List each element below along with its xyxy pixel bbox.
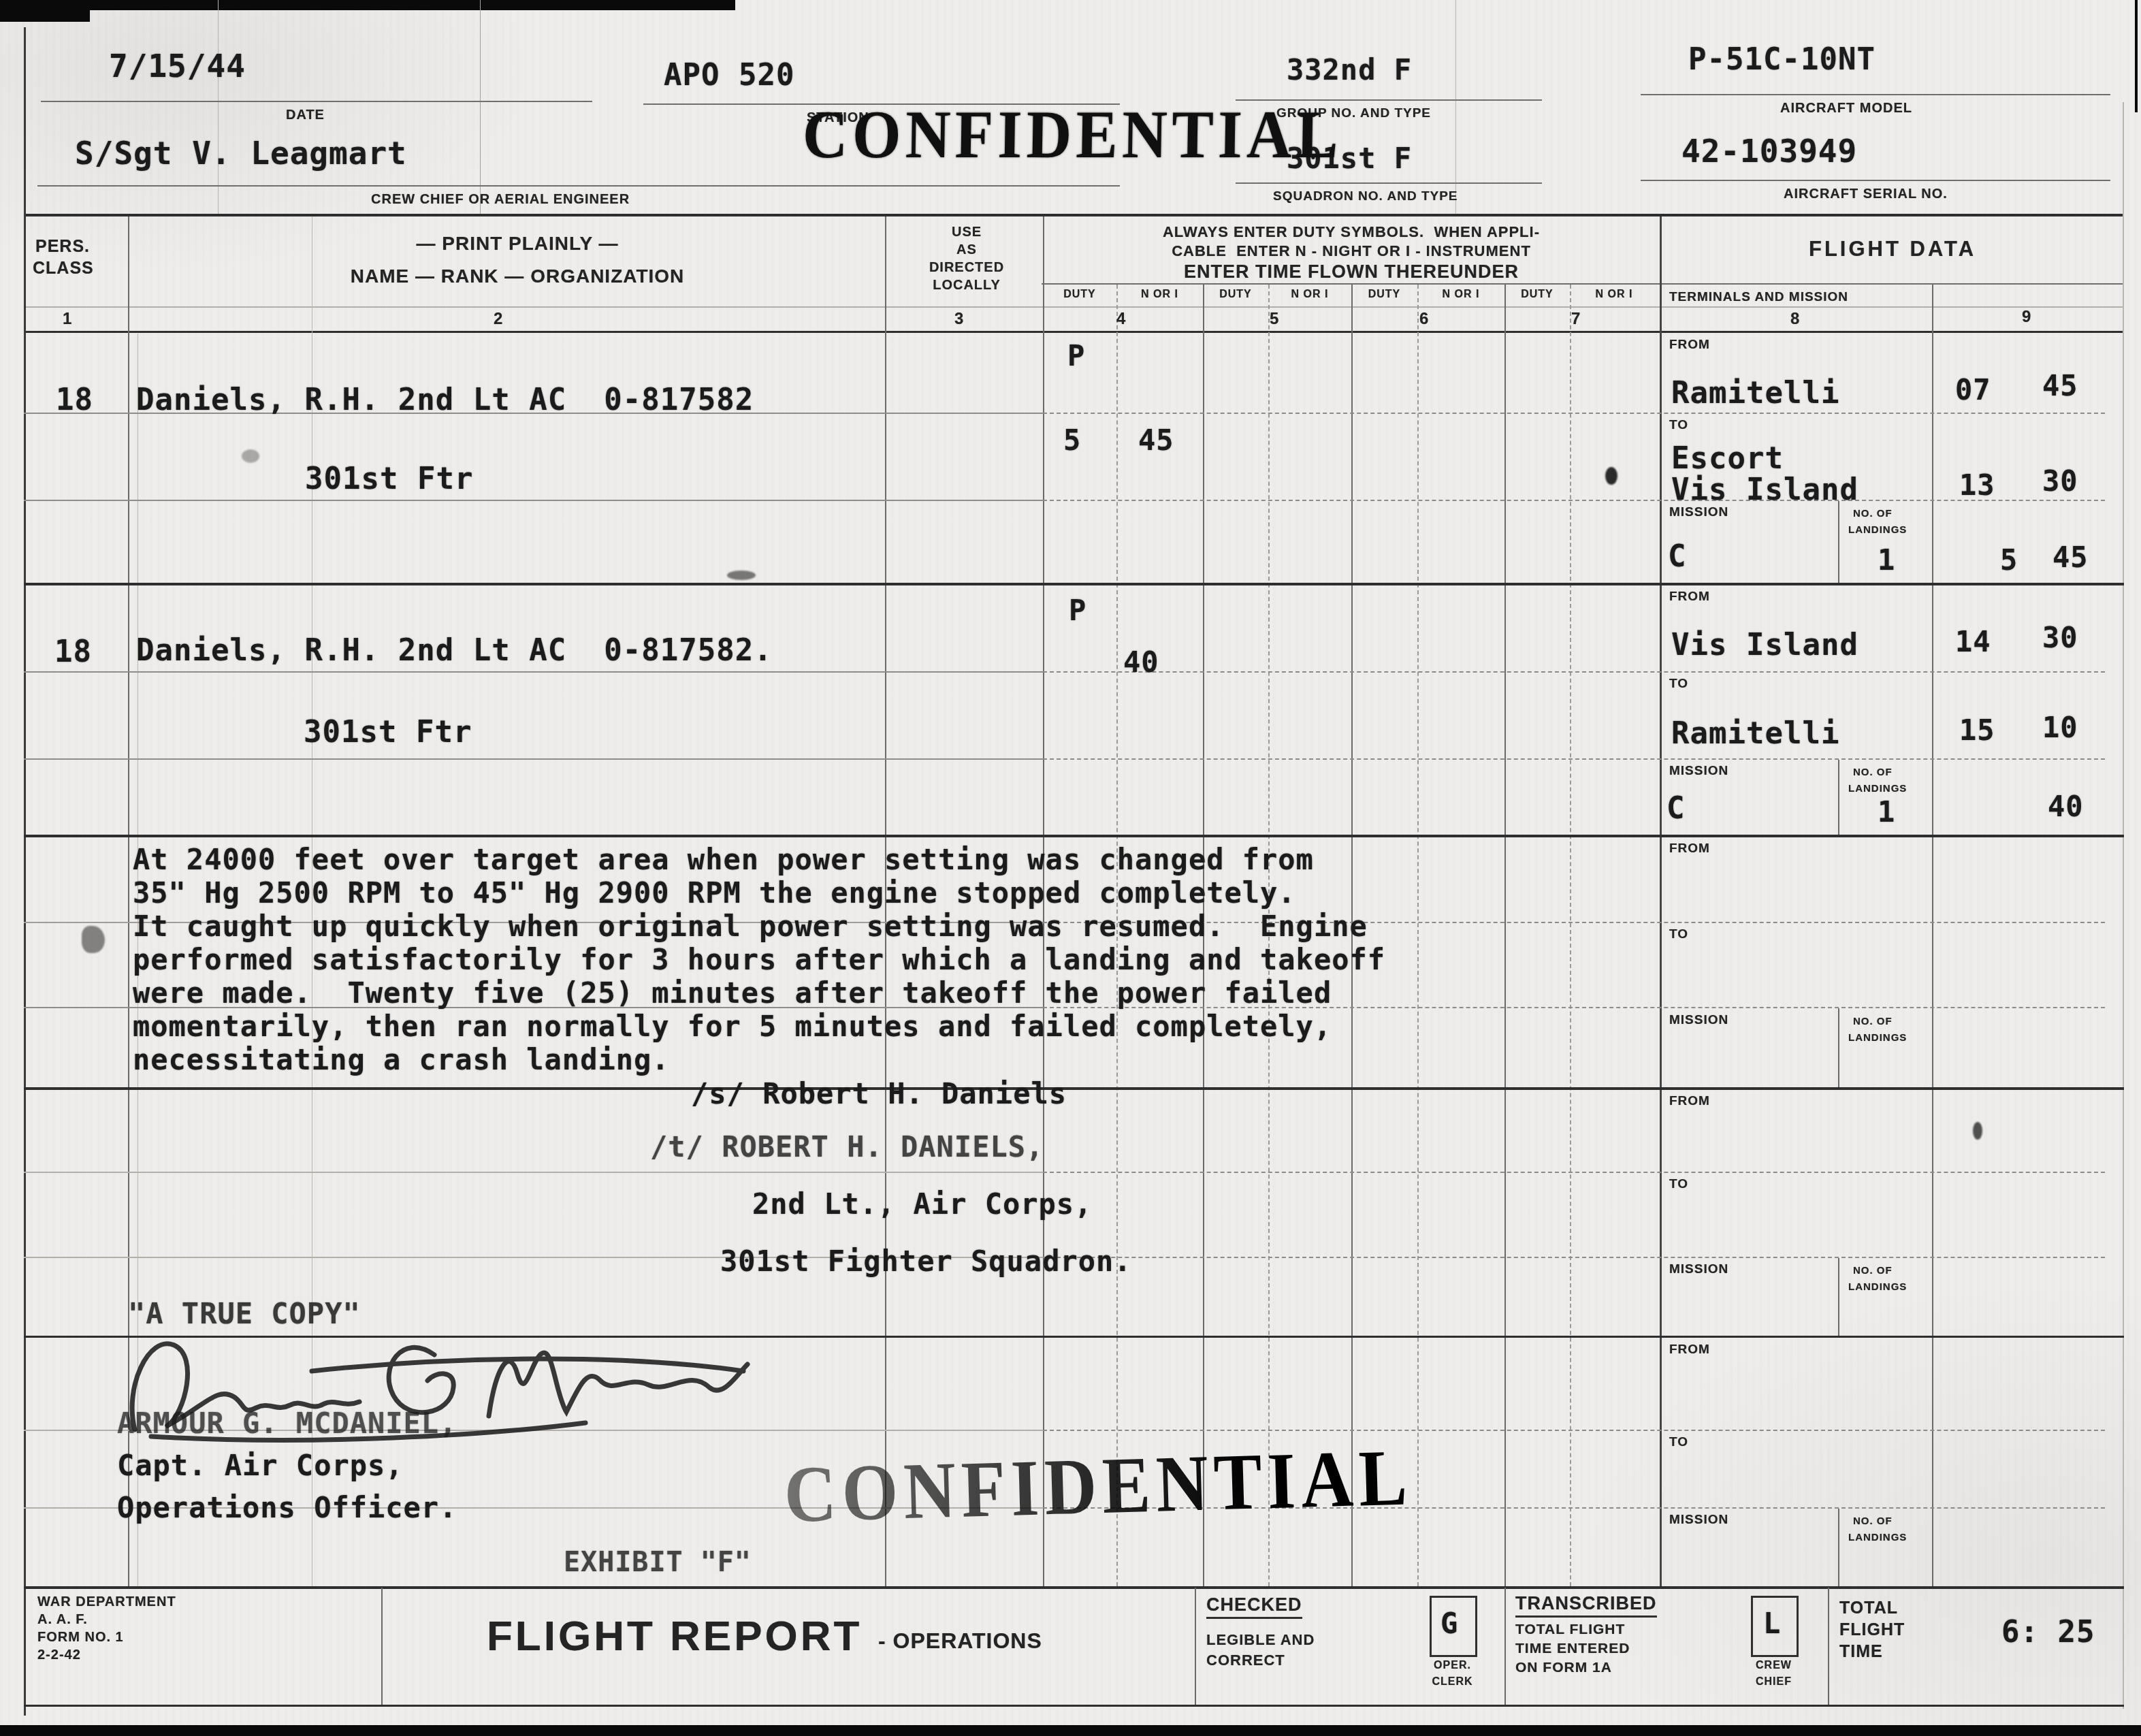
nori-subheader: N OR I [1417,289,1504,301]
use-as-header: USE [905,225,1028,240]
table-border [24,27,26,1716]
pers-class-header: PERS. [35,237,90,257]
rule-line [24,758,1043,760]
agency-line: FORM NO. 1 [37,1630,124,1645]
landings-box-line [1838,1008,1839,1087]
rule-line [1043,1172,2105,1173]
to-value: Vis Island [1671,472,1858,507]
date-value: 7/15/44 [109,48,246,84]
table-border [24,214,2124,216]
ink-mark [1605,467,1617,485]
crease-line [218,0,219,216]
crease-line [1455,0,1456,216]
to-label: TO [1669,677,1688,692]
mission-label: MISSION [1669,1013,1728,1028]
duty-hours: 5 [1063,423,1081,457]
serial-label: AIRCRAFT SERIAL NO. [1784,187,1948,202]
rule-line [1043,500,2105,501]
duty-symbol: P [1067,339,1085,372]
transcribed-note: ON FORM 1A [1515,1660,1612,1676]
landings-box-line [1838,1509,1839,1586]
narrative-text: At 24000 feet over target area when powe… [133,843,1385,1076]
footer-border [24,1705,2124,1707]
duty-minutes: 45 [1138,423,1174,457]
pers-class-value: 18 [56,383,93,417]
oper-clerk-initial: G [1440,1607,1458,1640]
pilot-name-value: Daniels, R.H. 2nd Lt AC 0-817582. [136,633,773,668]
column-number: 2 [494,310,503,329]
mission-label: MISSION [1669,505,1728,520]
landings-label: NO. OF [1853,1265,1893,1276]
aircraft-model-label: AIRCRAFT MODEL [1780,101,1912,116]
confidential-stamp-top: CONFIDENTIAL [802,95,1343,174]
ink-mark [1973,1122,1982,1140]
use-as-header: DIRECTED [905,260,1028,276]
from-hours: 14 [1955,625,1991,658]
to-minutes: 30 [2042,464,2078,498]
transcribed-note: TOTAL FLIGHT [1515,1622,1625,1638]
crew-chief-value: S/Sgt V. Leagmart [75,135,407,172]
organization-value: 301st Ftr [305,462,473,496]
to-label: TO [1669,1177,1688,1192]
from-minutes: 45 [2042,369,2078,402]
rule-line [24,1172,1043,1173]
landings-label: NO. OF [1853,1515,1893,1527]
to-label: TO [1669,418,1688,433]
rule-line [24,671,1043,673]
column-number: 9 [2022,308,2031,327]
rule-line [37,185,1120,187]
landings-label: NO. OF [1853,508,1893,519]
crew-chief-initial: L [1763,1607,1781,1640]
agency-line: A. A. F. [37,1612,88,1628]
total-flight-time-label: TOTAL [1839,1598,1898,1618]
landings-box-line [1838,501,1839,583]
ink-mark [242,449,259,463]
nori-subheader: N OR I [1268,289,1351,301]
flight-data-header: FLIGHT DATA [1661,237,2124,261]
column-number: 1 [63,310,72,329]
rule-line [1661,283,2124,285]
oper-clerk-label: CLERK [1420,1676,1485,1688]
checked-note: CORRECT [1206,1652,1285,1669]
table-border [2123,102,2124,1709]
group-value: 332nd F [1287,53,1412,86]
flight-time-hours: 5 [2000,543,2018,577]
flight-time-minutes: 45 [2053,541,2089,574]
ink-mark [727,570,756,580]
column-number: 5 [1270,310,1279,329]
from-value: Ramitelli [1671,376,1839,411]
footer-line [381,1588,383,1705]
duty-symbol: P [1069,594,1086,627]
crew-chief-label: CHIEF [1741,1676,1806,1688]
checked-label: CHECKED [1206,1594,1302,1619]
rule-line [1043,758,2105,760]
from-label: FROM [1669,590,1710,605]
landings-box-line [1838,1258,1839,1336]
officer-name-line: ARMOUR G. MCDANIEL, [117,1407,457,1440]
scan-artifact [0,0,90,22]
pilot-name-value: Daniels, R.H. 2nd Lt AC 0-817582 [136,383,754,417]
from-label: FROM [1669,841,1710,856]
organization-value: 301st Ftr [304,715,472,750]
column-line [1660,216,1662,1586]
scan-artifact [85,0,735,10]
total-flight-time-value: 6: 25 [2001,1615,2095,1650]
typed-name-line: /t/ ROBERT H. DANIELS, [650,1130,1044,1163]
form-title: FLIGHT REPORT [487,1612,862,1660]
oper-clerk-label: OPER. [1420,1660,1485,1672]
narrative-line: necessitating a crash landing. [133,1043,1385,1076]
rule-line [1043,1430,2105,1431]
duty-note: ENTER TIME FLOWN THEREUNDER [1048,261,1654,283]
block-line [24,835,2124,837]
landings-value: 1 [1878,795,1895,829]
rule-line [1236,182,1542,184]
landings-label: LANDINGS [1848,1032,1907,1044]
to-hours: 13 [1959,468,1995,502]
column-line [1570,285,1571,1586]
to-minutes: 10 [2042,711,2078,744]
from-value: Vis Island [1671,628,1858,662]
officer-rank-line: Capt. Air Corps, [117,1449,404,1482]
landings-label: NO. OF [1853,1016,1893,1027]
mission-label: MISSION [1669,1262,1728,1277]
to-label: TO [1669,1435,1688,1450]
to-label: TO [1669,927,1688,942]
landings-box-line [1838,760,1839,835]
serial-value: 42-103949 [1681,133,1857,170]
ink-mark [82,926,105,953]
rule-line [24,331,2124,333]
duty-subheader: DUTY [1504,289,1570,301]
print-plainly-header: — PRINT PLAINLY — [313,233,722,255]
column-number: 3 [954,310,964,329]
narrative-line: It caught up quickly when original power… [133,910,1385,943]
terminals-header: TERMINALS AND MISSION [1669,290,1848,305]
narrative-line: were made. Twenty five (25) minutes afte… [133,976,1385,1010]
mission-label: MISSION [1669,764,1728,779]
form-subtitle: - OPERATIONS [878,1628,1042,1654]
flight-time-minutes: 40 [2048,790,2084,823]
rank-line: 2nd Lt., Air Corps, [752,1187,1092,1221]
squadron-label: SQUADRON NO. AND TYPE [1273,189,1458,204]
duty-subheader: DUTY [1203,289,1268,301]
checked-note: LEGIBLE AND [1206,1631,1315,1649]
crew-chief-label: CREW [1741,1660,1806,1672]
duty-minutes: 40 [1123,645,1159,679]
to-hours: 15 [1959,713,1995,747]
narrative-line: At 24000 feet over target area when powe… [133,843,1385,876]
column-number: 8 [1790,310,1800,329]
column-line [1417,285,1419,1586]
to-value: Escort [1671,441,1784,476]
scan-artifact [2135,0,2138,112]
column-number: 4 [1116,310,1126,329]
rule-line [41,101,592,102]
crew-chief-label: CREW CHIEF OR AERIAL ENGINEER [371,192,630,208]
exhibit-line: EXHIBIT "F" [564,1547,752,1578]
transcribed-note: TIME ENTERED [1515,1641,1630,1657]
block-line [24,1087,2124,1090]
footer-line [1504,1588,1506,1705]
rule-line [1043,1257,2105,1258]
squadron-line: 301st Fighter Squadron. [720,1244,1132,1278]
landings-label: LANDINGS [1848,1281,1907,1293]
nori-subheader: N OR I [1570,289,1658,301]
landings-label: LANDINGS [1848,524,1907,536]
from-label: FROM [1669,338,1710,353]
column-line [1504,285,1506,1586]
station-value: APO 520 [664,58,794,93]
duty-note: CABLE ENTER N - NIGHT OR I - INSTRUMENT [1048,242,1654,260]
column-number: 7 [1571,310,1581,329]
narrative-line: 35" Hg 2500 RPM to 45" Hg 2900 RPM the e… [133,876,1385,910]
duty-subheader: DUTY [1043,289,1116,301]
name-rank-header: NAME — RANK — ORGANIZATION [245,266,790,287]
footer-line [1828,1588,1829,1705]
landings-label: LANDINGS [1848,783,1907,794]
crease-line [480,0,481,216]
column-line [1932,285,1933,1586]
use-as-header: LOCALLY [905,278,1028,293]
rule-line [1641,94,2110,95]
pers-class-header: CLASS [33,259,94,278]
agency-line: 2-2-42 [37,1647,81,1663]
from-hours: 07 [1955,373,1991,406]
nori-subheader: N OR I [1116,289,1203,301]
use-as-header: AS [905,242,1028,258]
footer-line [1195,1588,1196,1705]
landings-label: NO. OF [1853,767,1893,778]
rule-line [1043,413,2105,414]
total-flight-time-label: TIME [1839,1642,1883,1662]
mission-value: C [1668,539,1687,574]
mission-label: MISSION [1669,1513,1728,1528]
from-minutes: 30 [2042,621,2078,654]
rule-line [1043,671,2105,673]
from-label: FROM [1669,1343,1710,1357]
rule-line [24,500,1043,501]
duty-note: ALWAYS ENTER DUTY SYMBOLS. WHEN APPLI- [1048,223,1654,241]
officer-title-line: Operations Officer. [117,1491,457,1524]
block-line [24,583,2124,585]
narrative-line: momentarily, then ran normally for 5 min… [133,1010,1385,1043]
mission-value: C [1667,791,1686,826]
pers-class-value: 18 [54,634,92,669]
signed-line: /s/ Robert H. Daniels [691,1077,1067,1110]
total-flight-time-label: FLIGHT [1839,1620,1905,1640]
footer-border [24,1586,2124,1589]
transcribed-label: TRANSCRIBED [1515,1593,1657,1618]
column-number: 6 [1419,310,1429,329]
flight-report-scan: 7/15/44 DATE APO 520 STATION 332nd F GRO… [0,0,2141,1736]
landings-label: LANDINGS [1848,1532,1907,1543]
duty-subheader: DUTY [1351,289,1417,301]
agency-line: WAR DEPARTMENT [37,1594,176,1610]
narrative-line: performed satisfactorily for 3 hours aft… [133,943,1385,976]
rule-line [1641,180,2110,181]
scan-artifact [0,1725,2141,1736]
landings-value: 1 [1878,543,1895,577]
confidential-stamp-bottom: CONFIDENTIAL [783,1431,1414,1541]
to-value: Ramitelli [1671,716,1839,751]
from-label: FROM [1669,1094,1710,1109]
rule-line [24,306,2124,308]
aircraft-model-value: P-51C-10NT [1688,42,1876,77]
date-label: DATE [286,108,325,123]
